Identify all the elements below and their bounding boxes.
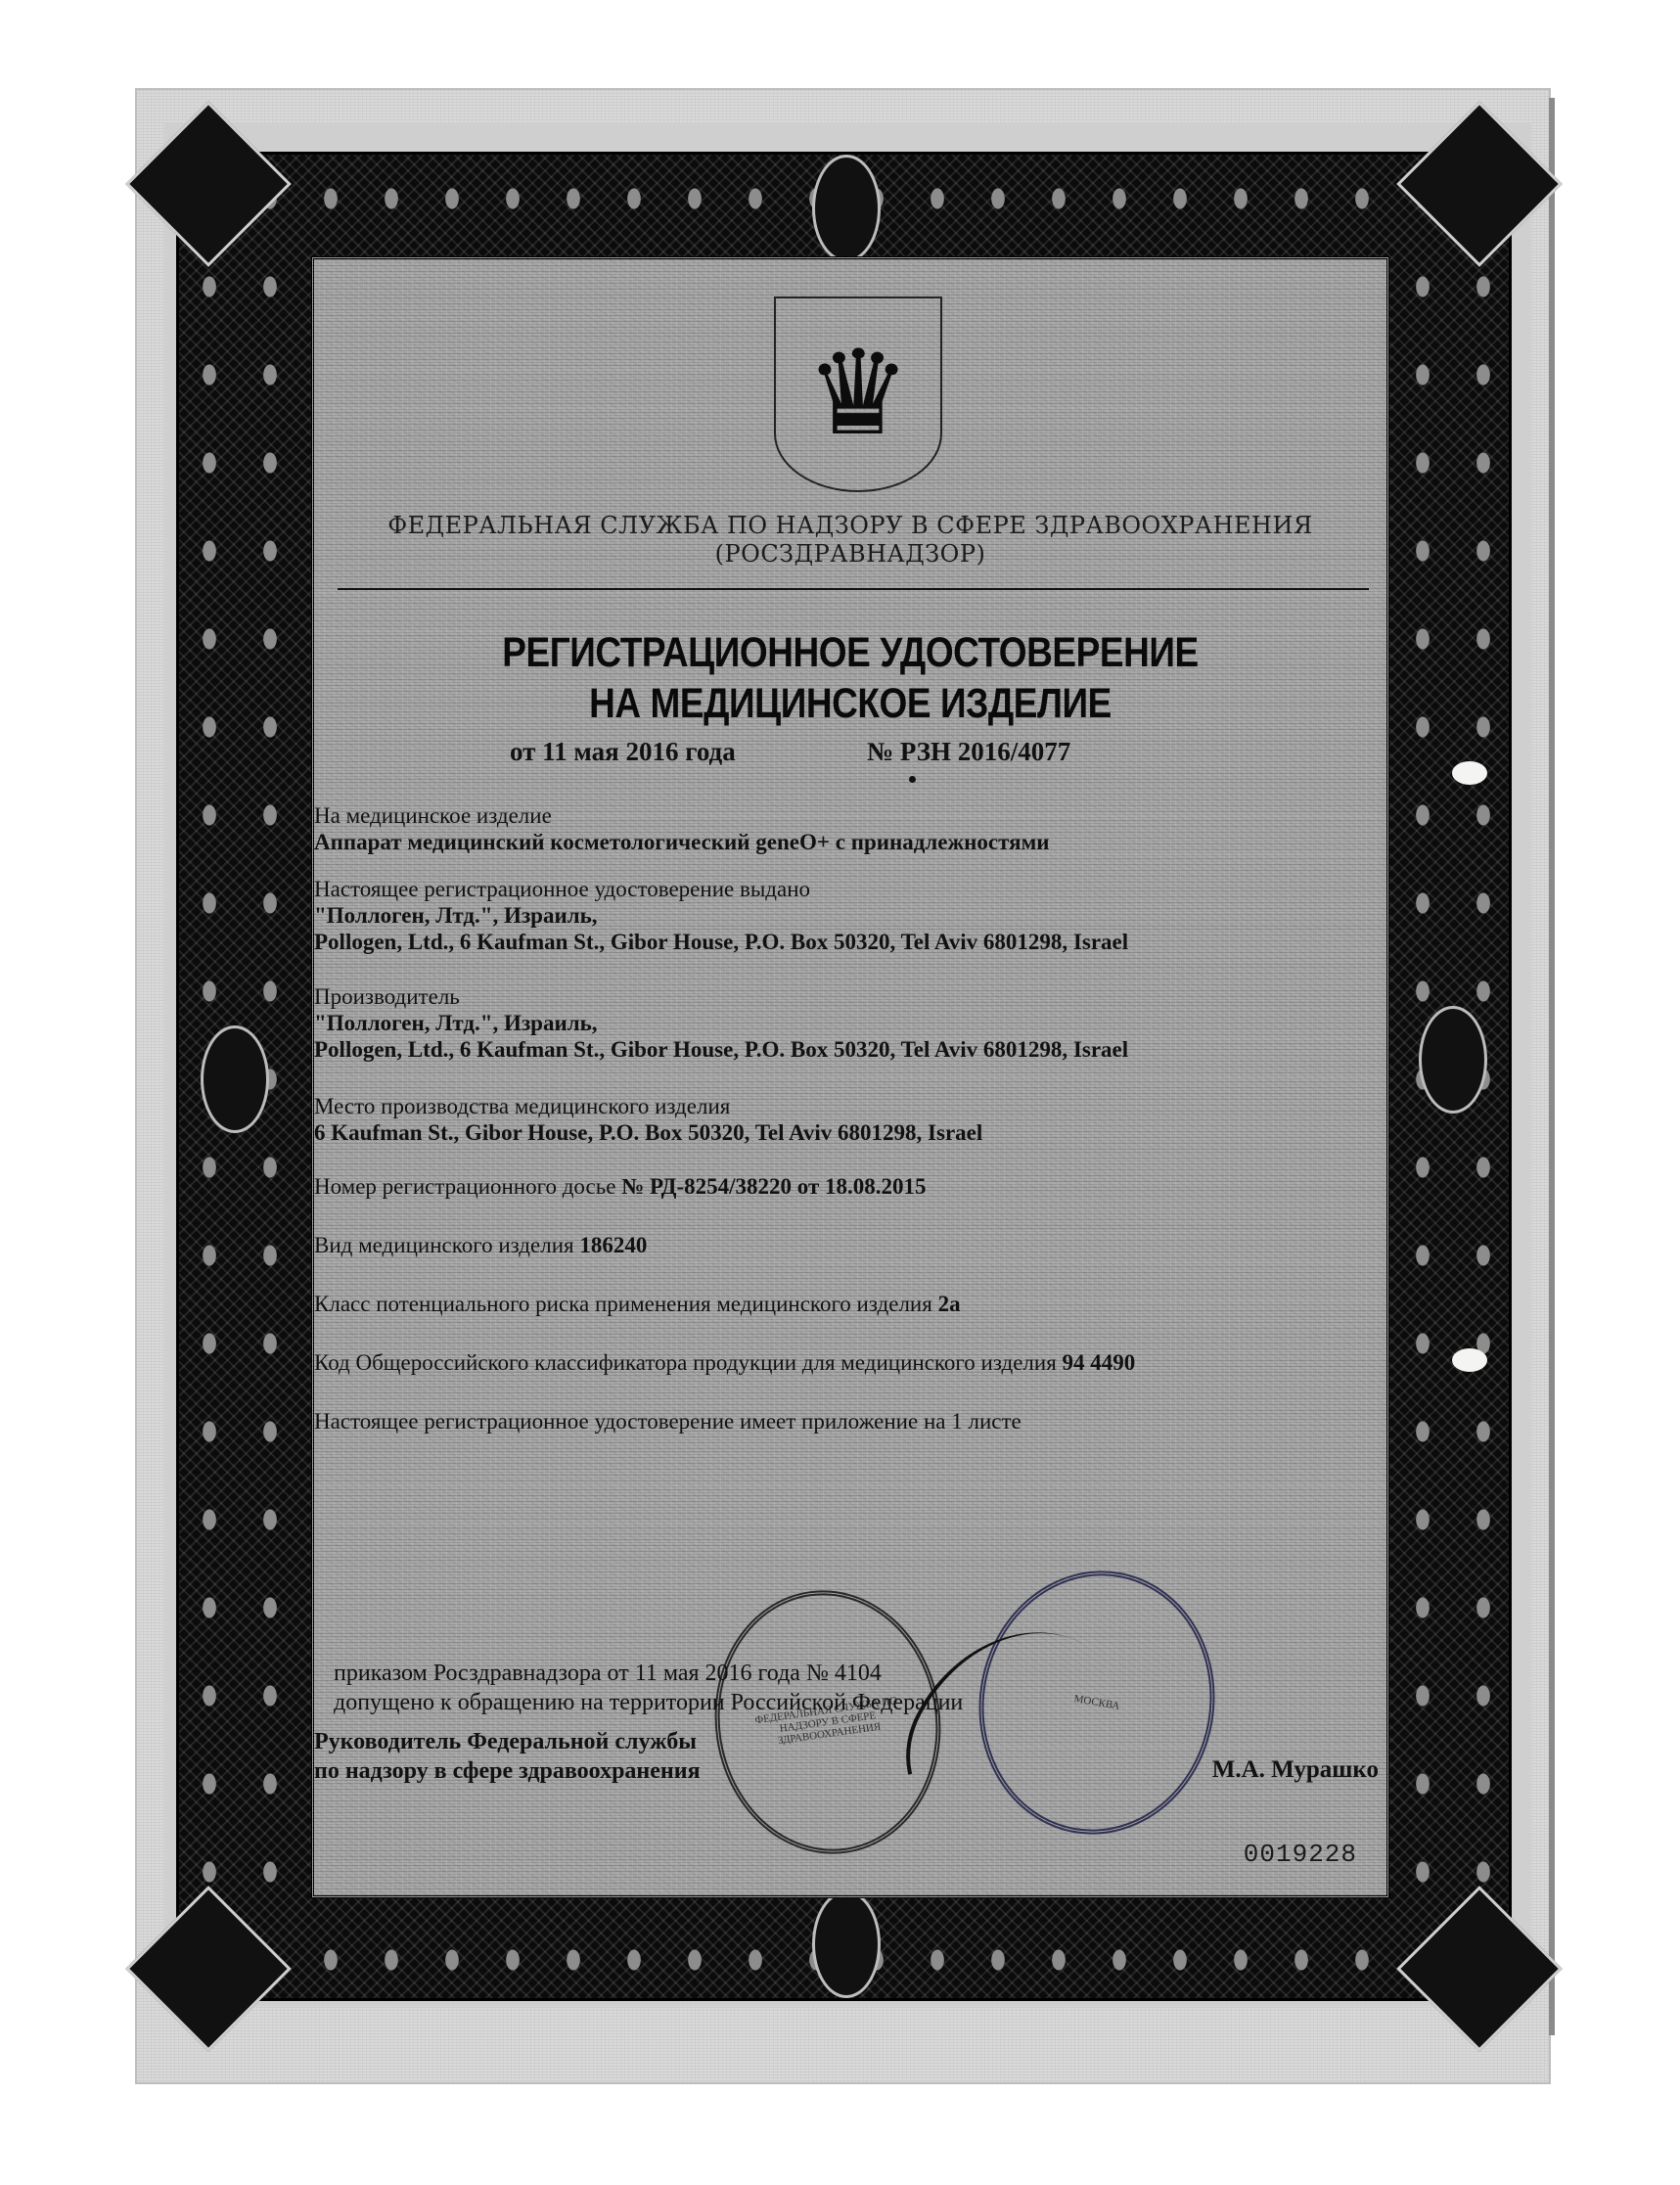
order-line-2: допущено к обращению на территории Росси… [334, 1688, 963, 1717]
dossier-field: Номер регистрационного досье № РД-8254/3… [314, 1174, 927, 1200]
manufacturer-section: Производитель "Поллоген, Лтд.", Израиль,… [314, 983, 1128, 1063]
top-center-ornament [812, 155, 881, 262]
certificate-number: № РЗН 2016/4077 [867, 737, 1070, 767]
issued-to-section: Настоящее регистрационное удостоверение … [314, 876, 1128, 955]
punch-hole [1452, 1348, 1487, 1372]
dossier-label: Номер регистрационного досье [314, 1174, 615, 1199]
risk-class-label: Класс потенциального риска применения ме… [314, 1292, 932, 1316]
bottom-center-ornament [812, 1890, 881, 1998]
order-text: приказом Росздравнадзора от 11 мая 2016 … [334, 1659, 963, 1717]
issued-to-address: Pollogen, Ltd., 6 Kaufman St., Gibor Hou… [314, 929, 1128, 955]
order-line-1: приказом Росздравнадзора от 11 мая 2016 … [334, 1659, 963, 1688]
eagle-emblem-icon: ♛ [805, 336, 911, 453]
device-name: Аппарат медицинский косметологический ge… [314, 829, 1050, 855]
punch-hole [1452, 761, 1487, 785]
production-site-address: 6 Kaufman St., Gibor House, P.O. Box 503… [314, 1119, 982, 1146]
device-type-value: 186240 [579, 1233, 647, 1257]
production-site-label: Место производства медицинского изделия [314, 1093, 982, 1119]
device-type-field: Вид медицинского изделия 186240 [314, 1233, 647, 1258]
device-type-label: Вид медицинского изделия [314, 1233, 574, 1257]
signatory-title-line-2: по надзору в сфере здравоохранения [314, 1756, 701, 1786]
dossier-value: № РД-8254/38220 от 18.08.2015 [621, 1174, 926, 1199]
okp-code-field: Код Общероссийского классификатора проду… [314, 1350, 1135, 1376]
serial-number: 0019228 [1244, 1840, 1357, 1869]
signatory-title: Руководитель Федеральной службы по надзо… [314, 1727, 701, 1786]
issued-to-label: Настоящее регистрационное удостоверение … [314, 876, 1128, 902]
issued-to-name: "Поллоген, Лтд.", Израиль, [314, 902, 1128, 929]
okp-code-value: 94 4490 [1063, 1350, 1136, 1375]
divider [338, 588, 1369, 590]
agency-name: ФЕДЕРАЛЬНАЯ СЛУЖБА ПО НАДЗОРУ В СФЕРЕ ЗД… [314, 512, 1386, 539]
device-label: На медицинское изделие [314, 802, 1050, 829]
signatory-name: М.А. Мурашко [1212, 1756, 1379, 1784]
mark-dot [909, 776, 916, 783]
production-site-section: Место производства медицинского изделия … [314, 1093, 982, 1146]
signatory-title-line-1: Руководитель Федеральной службы [314, 1727, 701, 1756]
agency-abbrev: (РОСЗДРАВНАДЗОР) [314, 540, 1386, 568]
certificate-date: от 11 мая 2016 года [510, 737, 736, 767]
risk-class-field: Класс потенциального риска применения ме… [314, 1292, 961, 1317]
coat-of-arms-shield: ♛ [774, 296, 942, 492]
certificate-panel: ♛ ФЕДЕРАЛЬНАЯ СЛУЖБА ПО НАДЗОРУ В СФЕРЕ … [311, 256, 1389, 1898]
document-subtitle: НА МЕДИЦИНСКОЕ ИЗДЕЛИЕ [389, 680, 1312, 728]
document-title: РЕГИСТРАЦИОННОЕ УДОСТОВЕРЕНИЕ [389, 629, 1312, 677]
manufacturer-address: Pollogen, Ltd., 6 Kaufman St., Gibor Hou… [314, 1036, 1128, 1063]
right-center-ornament [1419, 1006, 1487, 1114]
manufacturer-name: "Поллоген, Лтд.", Израиль, [314, 1010, 1128, 1036]
okp-code-label: Код Общероссийского классификатора проду… [314, 1350, 1057, 1375]
left-center-ornament [201, 1025, 269, 1133]
manufacturer-label: Производитель [314, 983, 1128, 1010]
device-section: На медицинское изделие Аппарат медицинск… [314, 802, 1050, 855]
risk-class-value: 2а [938, 1292, 961, 1316]
paper-edge [1549, 98, 1555, 2035]
appendix-note: Настоящее регистрационное удостоверение … [314, 1409, 1022, 1434]
